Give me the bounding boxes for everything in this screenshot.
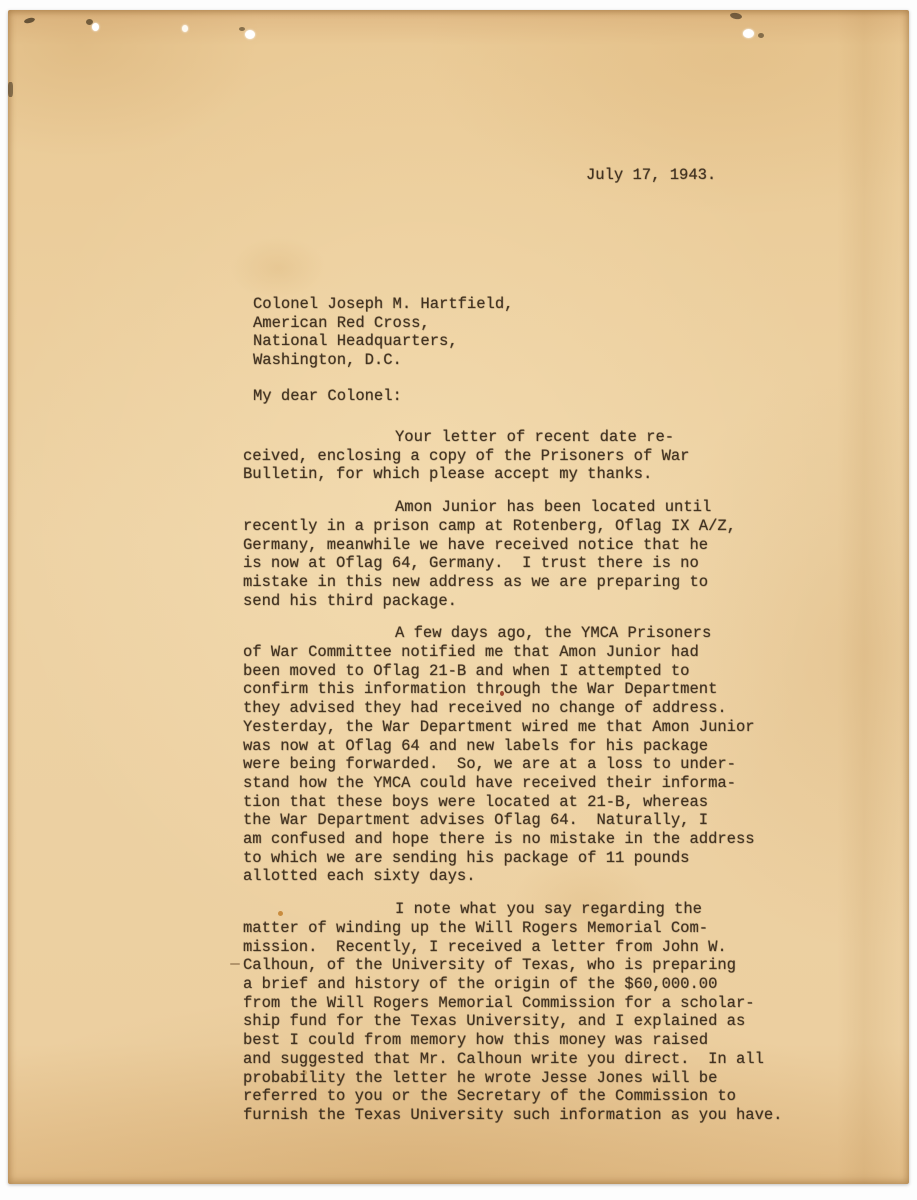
letter-line: confirm this information through the War… xyxy=(243,680,783,699)
letter-line: from the Will Rogers Memorial Commission… xyxy=(243,994,783,1013)
letter-line: mistake in this new address as we are pr… xyxy=(243,573,783,592)
letter-date: July 17, 1943. xyxy=(586,166,716,185)
recipient-address: Colonel Joseph M. Hartfield,American Red… xyxy=(253,295,513,370)
letter-line: Washington, D.C. xyxy=(253,351,513,370)
letter-line: ceived, enclosing a copy of the Prisoner… xyxy=(243,447,783,466)
letter-line: ship fund for the Texas University, and … xyxy=(243,1012,783,1031)
paper-hole xyxy=(182,25,188,32)
paper-hole xyxy=(92,23,99,31)
letter-line: was now at Oflag 64 and new labels for h… xyxy=(243,737,783,756)
letter-paragraph: Your letter of recent date re-ceived, en… xyxy=(243,428,783,484)
letter-line: is now at Oflag 64, Germany. I trust the… xyxy=(243,554,783,573)
letter-paper: July 17, 1943. Colonel Joseph M. Hartfie… xyxy=(8,10,909,1184)
letter-line: been moved to Oflag 21-B and when I atte… xyxy=(243,662,783,681)
letter-line: Bulletin, for which please accept my tha… xyxy=(243,465,783,484)
letter-line: am confused and hope there is no mistake… xyxy=(243,830,783,849)
letter-paragraph: I note what you say regarding thematter … xyxy=(243,900,783,1124)
ink-speck xyxy=(758,33,764,38)
letter-line: they advised they had received no change… xyxy=(243,699,783,718)
letter-line: referred to you or the Secretary of the … xyxy=(243,1087,783,1106)
letter-line: a brief and history of the origin of the… xyxy=(243,975,783,994)
ink-speck xyxy=(730,12,743,20)
letter-line: Your letter of recent date re- xyxy=(243,428,783,447)
letter-body: Your letter of recent date re-ceived, en… xyxy=(243,428,783,1139)
pencil-dash xyxy=(230,963,240,965)
letter-line: National Headquarters, xyxy=(253,332,513,351)
letter-paragraph: Amon Junior has been located untilrecent… xyxy=(243,498,783,610)
letter-line: to which we are sending his package of 1… xyxy=(243,849,783,868)
letter-paragraph: A few days ago, the YMCA Prisonersof War… xyxy=(243,624,783,886)
letter-line: recently in a prison camp at Rotenberg, … xyxy=(243,517,783,536)
letter-line: furnish the Texas University such inform… xyxy=(243,1106,783,1125)
ink-speck xyxy=(239,27,245,31)
letter-line: best I could from memory how this money … xyxy=(243,1031,783,1050)
letter-line: Colonel Joseph M. Hartfield, xyxy=(253,295,513,314)
paper-hole xyxy=(743,29,754,38)
letter-line: allotted each sixty days. xyxy=(243,867,783,886)
salutation: My dear Colonel: xyxy=(253,387,402,406)
letter-line: Amon Junior has been located until xyxy=(243,498,783,517)
letter-line: Yesterday, the War Department wired me t… xyxy=(243,718,783,737)
letter-line: mission. Recently, I received a letter f… xyxy=(243,938,783,957)
paper-hole xyxy=(245,30,255,39)
letter-line: send his third package. xyxy=(243,592,783,611)
letter-line: A few days ago, the YMCA Prisoners xyxy=(243,624,783,643)
scan-background: July 17, 1943. Colonel Joseph M. Hartfie… xyxy=(0,0,917,1200)
letter-line: stand how the YMCA could have received t… xyxy=(243,774,783,793)
letter-line: of War Committee notified me that Amon J… xyxy=(243,643,783,662)
letter-line: the War Department advises Oflag 64. Nat… xyxy=(243,811,783,830)
letter-line: were being forwarded. So, we are at a lo… xyxy=(243,755,783,774)
letter-line: I note what you say regarding the xyxy=(243,900,783,919)
letter-line: and suggested that Mr. Calhoun write you… xyxy=(243,1050,783,1069)
letter-line: American Red Cross, xyxy=(253,314,513,333)
letter-line: Germany, meanwhile we have received noti… xyxy=(243,536,783,555)
letter-line: Calhoun, of the University of Texas, who… xyxy=(243,956,783,975)
ink-speck xyxy=(8,82,13,97)
letter-line: matter of winding up the Will Rogers Mem… xyxy=(243,919,783,938)
letter-line: tion that these boys were located at 21-… xyxy=(243,793,783,812)
ink-speck xyxy=(24,17,36,25)
letter-line: probability the letter he wrote Jesse Jo… xyxy=(243,1069,783,1088)
